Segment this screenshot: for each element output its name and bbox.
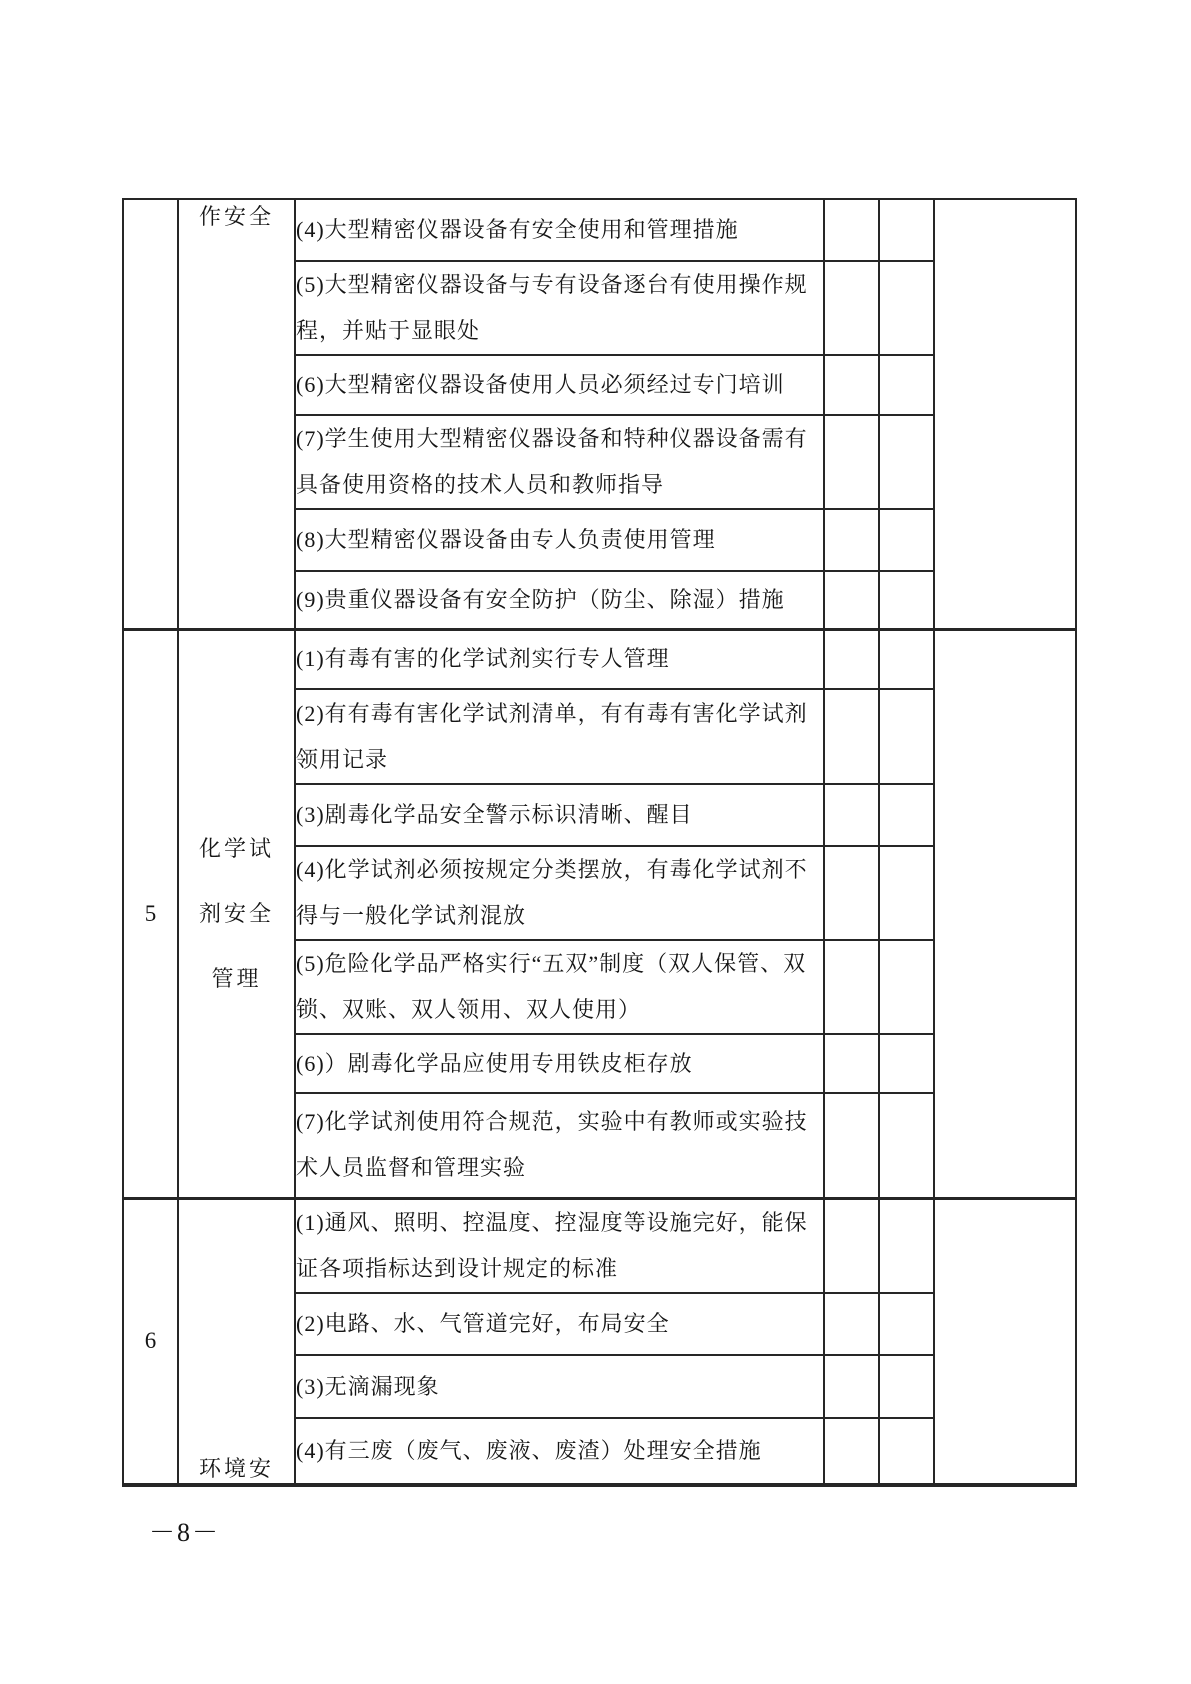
check-cell <box>824 846 879 940</box>
category-line: 化学试 <box>179 816 294 881</box>
item-cell: (1)通风、照明、控温度、控湿度等设施完好，能保证各项指标达到设计规定的标准 <box>295 1198 824 1293</box>
check-cell <box>879 199 934 261</box>
check-cell <box>879 1198 934 1293</box>
check-cell <box>879 629 934 689</box>
check-cell <box>824 571 879 629</box>
item-cell: (9)贵重仪器设备有安全防护（防尘、除湿）措施 <box>295 571 824 629</box>
check-cell <box>824 1293 879 1355</box>
check-cell <box>879 1293 934 1355</box>
category-line: 管理 <box>179 946 294 1011</box>
check-cell <box>879 1034 934 1093</box>
section-4-category-cell: 作安全 <box>178 199 295 629</box>
item-cell: (5)大型精密仪器设备与专有设备逐台有使用操作规程，并贴于显眼处 <box>295 261 824 355</box>
check-cell <box>879 784 934 846</box>
section-5-notes-cell <box>934 629 1076 1198</box>
check-cell <box>824 261 879 355</box>
check-cell <box>824 940 879 1034</box>
check-cell <box>879 1093 934 1198</box>
document-page: 作安全 (4)大型精密仪器设备有安全使用和管理措施 (5)大型精密仪器设备与专有… <box>0 0 1191 1684</box>
check-cell <box>824 629 879 689</box>
item-cell: (7)化学试剂使用符合规范，实验中有教师或实验技术人员监督和管理实验 <box>295 1093 824 1198</box>
item-cell: (2)电路、水、气管道完好，布局安全 <box>295 1293 824 1355</box>
check-cell <box>824 1198 879 1293</box>
section-6-number-cell: 6 <box>123 1198 178 1485</box>
check-cell <box>824 784 879 846</box>
item-cell: (8)大型精密仪器设备由专人负责使用管理 <box>295 509 824 571</box>
item-cell: (2)有有毒有害化学试剂清单，有有毒有害化学试剂领用记录 <box>295 689 824 784</box>
item-cell: (3)剧毒化学品安全警示标识清晰、醒目 <box>295 784 824 846</box>
item-cell: (7)学生使用大型精密仪器设备和特种仪器设备需有具备使用资格的技术人员和教师指导 <box>295 415 824 509</box>
check-cell <box>879 571 934 629</box>
check-cell <box>879 261 934 355</box>
check-cell <box>824 1093 879 1198</box>
item-cell: (6)大型精密仪器设备使用人员必须经过专门培训 <box>295 355 824 415</box>
safety-checklist-table: 作安全 (4)大型精密仪器设备有安全使用和管理措施 (5)大型精密仪器设备与专有… <box>122 198 1077 1487</box>
category-line: 剂安全 <box>179 881 294 946</box>
check-cell <box>879 1355 934 1418</box>
section-4-number-cell <box>123 199 178 629</box>
item-cell: (1)有毒有害的化学试剂实行专人管理 <box>295 629 824 689</box>
page-number: －8－ <box>149 1512 220 1549</box>
item-cell: (4)有三废（废气、废液、废渣）处理安全措施 <box>295 1418 824 1485</box>
section-5-category-cell: 化学试 剂安全 管理 <box>178 629 295 1198</box>
check-cell <box>824 509 879 571</box>
check-cell <box>824 689 879 784</box>
check-cell <box>824 355 879 415</box>
check-cell <box>879 415 934 509</box>
check-cell <box>824 1034 879 1093</box>
item-cell: (4)大型精密仪器设备有安全使用和管理措施 <box>295 199 824 261</box>
item-cell: (5)危险化学品严格实行“五双”制度（双人保管、双锁、双账、双人领用、双人使用） <box>295 940 824 1034</box>
section-4-notes-cell <box>934 199 1076 629</box>
section-6-category-cell: 环境安 <box>178 1198 295 1485</box>
check-cell <box>879 940 934 1034</box>
check-cell <box>879 846 934 940</box>
section-6-notes-cell <box>934 1198 1076 1485</box>
check-cell <box>879 355 934 415</box>
check-cell <box>824 199 879 261</box>
check-cell <box>824 415 879 509</box>
check-cell <box>879 689 934 784</box>
item-cell: (3)无滴漏现象 <box>295 1355 824 1418</box>
check-cell <box>879 509 934 571</box>
check-cell <box>824 1355 879 1418</box>
check-cell <box>824 1418 879 1485</box>
check-cell <box>879 1418 934 1485</box>
section-5-number-cell: 5 <box>123 629 178 1198</box>
item-cell: (4)化学试剂必须按规定分类摆放，有毒化学试剂不得与一般化学试剂混放 <box>295 846 824 940</box>
item-cell: (6)）剧毒化学品应使用专用铁皮柜存放 <box>295 1034 824 1093</box>
